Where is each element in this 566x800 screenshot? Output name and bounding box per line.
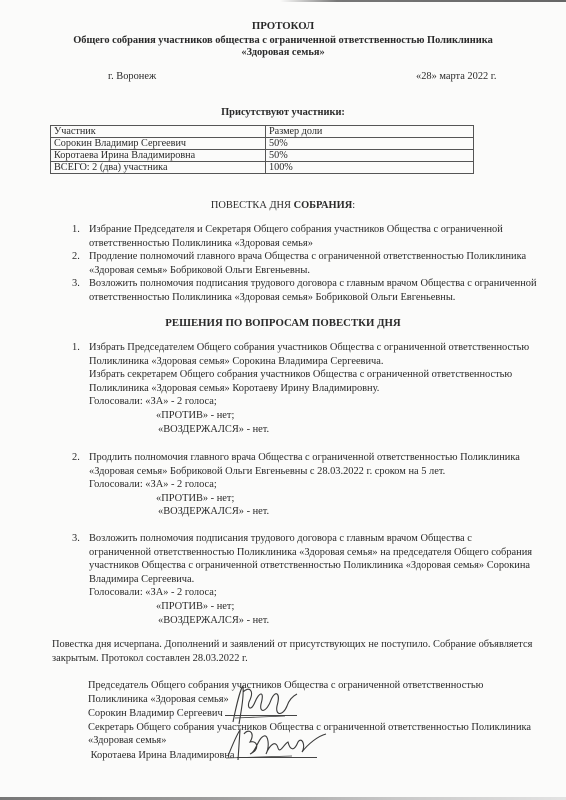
vote-against: «ПРОТИВ» - нет; <box>89 600 552 614</box>
table-row: ВСЕГО: 2 (два) участника 100% <box>51 162 474 174</box>
closing-text: Повестка дня исчерпана. Дополнений и зая… <box>52 638 552 652</box>
secretary-signature-line: Коротаева Ирина Владимировна <box>88 748 558 763</box>
decision-text: ограниченной ответственностью Поликлиник… <box>89 546 552 560</box>
chair-title: Поликлиника «Здоровая семья» <box>88 693 558 707</box>
vote-for: Голосовали: «ЗА» - 2 голоса; <box>89 395 552 409</box>
closing-statement: Повестка дня исчерпана. Дополнений и зая… <box>52 638 552 665</box>
agenda-item-number: 1. <box>72 223 80 237</box>
table-cell: ВСЕГО: 2 (два) участника <box>51 162 266 174</box>
closing-text: закрытым. Протокол составлен 28.03.2022 … <box>52 652 552 666</box>
decision-item: 3. Возложить полномочия подписания трудо… <box>72 532 552 627</box>
agenda-heading: ПОВЕСТКА ДНЯ СОБРАНИЯ: <box>0 199 566 213</box>
chair-name: Сорокин Владимир Сергеевич <box>88 708 223 719</box>
secretary-title: «Здоровая семья» <box>88 734 558 748</box>
table-header-cell: Участник <box>51 126 266 138</box>
agenda-item: 1. Избрание Председателя и Секретаря Общ… <box>72 223 542 250</box>
document-title: ПРОТОКОЛ <box>0 20 566 34</box>
decision-text: Поликлиника «Здоровая семья» Сорокина Вл… <box>89 355 552 369</box>
signature-blank <box>237 748 317 758</box>
date: «28» марта 2022 г. <box>416 70 497 84</box>
vote-for: Голосовали: «ЗА» - 2 голоса; <box>89 478 552 492</box>
signature-blank <box>225 706 297 716</box>
decision-number: 1. <box>72 341 80 355</box>
table-cell: 100% <box>266 162 474 174</box>
decision-number: 2. <box>72 451 80 465</box>
decision-text: Поликлиника «Здоровая семья» Коротаеву И… <box>89 382 552 396</box>
agenda-item: 3. Возложить полномочия подписания трудо… <box>72 277 542 304</box>
decision-text: Возложить полномочия подписания трудовог… <box>89 532 552 546</box>
decision-text: Избрать Председателем Общего собрания уч… <box>89 341 552 355</box>
agenda-item-text: Возложить полномочия подписания трудовог… <box>89 278 537 303</box>
present-heading: Присутствуют участники: <box>0 106 566 120</box>
decision-text: Владимира Сергеевича. <box>89 573 552 587</box>
decision-text: участников Общества с ограниченной ответ… <box>89 559 552 573</box>
vote-abstain: «ВОЗДЕРЖАЛСЯ» - нет. <box>89 423 552 437</box>
agenda-list: 1. Избрание Председателя и Секретаря Общ… <box>72 223 542 305</box>
table-row: Сорокин Владимир Сергеевич 50% <box>51 138 474 150</box>
agenda-item: 2. Продление полномочий главного врача О… <box>72 250 542 277</box>
agenda-item-text: Избрание Председателя и Секретаря Общего… <box>89 224 503 249</box>
table-row: Коротаева Ирина Владимировна 50% <box>51 150 474 162</box>
table-cell: 50% <box>266 150 474 162</box>
company-name: «Здоровая семья» <box>0 46 566 60</box>
chair-title: Председатель Общего собрания участников … <box>88 679 558 693</box>
table-header-cell: Размер доли <box>266 126 474 138</box>
agenda-heading-normal: ПОВЕСТКА ДНЯ <box>211 200 294 211</box>
vote-abstain: «ВОЗДЕРЖАЛСЯ» - нет. <box>89 614 552 628</box>
signature-block: Председатель Общего собрания участников … <box>88 679 558 763</box>
vote-against: «ПРОТИВ» - нет; <box>89 409 552 423</box>
secretary-title: Секретарь Общего собрания участников Общ… <box>88 721 558 735</box>
table-header-row: Участник Размер доли <box>51 126 474 138</box>
table-cell: 50% <box>266 138 474 150</box>
decision-number: 3. <box>72 532 80 546</box>
secretary-name: Коротаева Ирина Владимировна <box>88 750 235 761</box>
vote-for: Голосовали: «ЗА» - 2 голоса; <box>89 586 552 600</box>
scan-edge-top <box>280 0 566 2</box>
decision-item: 1. Избрать Председателем Общего собрания… <box>72 341 552 436</box>
participants-table: Участник Размер доли Сорокин Владимир Се… <box>50 125 474 174</box>
agenda-item-text: Продление полномочий главного врача Обще… <box>89 251 526 276</box>
decision-text: Избрать секретарем Общего собрания участ… <box>89 368 552 382</box>
decision-text: «Здоровая семья» Бобриковой Ольги Евгень… <box>89 465 552 479</box>
city: г. Воронеж <box>108 70 156 84</box>
decisions-heading: РЕШЕНИЯ ПО ВОПРОСАМ ПОВЕСТКИ ДНЯ <box>0 317 566 331</box>
decision-item: 2. Продлить полномочия главного врача Об… <box>72 451 552 519</box>
agenda-heading-bold: СОБРАНИЯ <box>294 200 353 211</box>
vote-abstain: «ВОЗДЕРЖАЛСЯ» - нет. <box>89 505 552 519</box>
vote-against: «ПРОТИВ» - нет; <box>89 492 552 506</box>
agenda-item-number: 3. <box>72 277 80 291</box>
agenda-heading-colon: : <box>352 200 355 211</box>
decision-text: Продлить полномочия главного врача Общес… <box>89 451 552 465</box>
table-cell: Коротаева Ирина Владимировна <box>51 150 266 162</box>
table-cell: Сорокин Владимир Сергеевич <box>51 138 266 150</box>
agenda-item-number: 2. <box>72 250 80 264</box>
chair-signature-line: Сорокин Владимир Сергеевич <box>88 706 558 721</box>
